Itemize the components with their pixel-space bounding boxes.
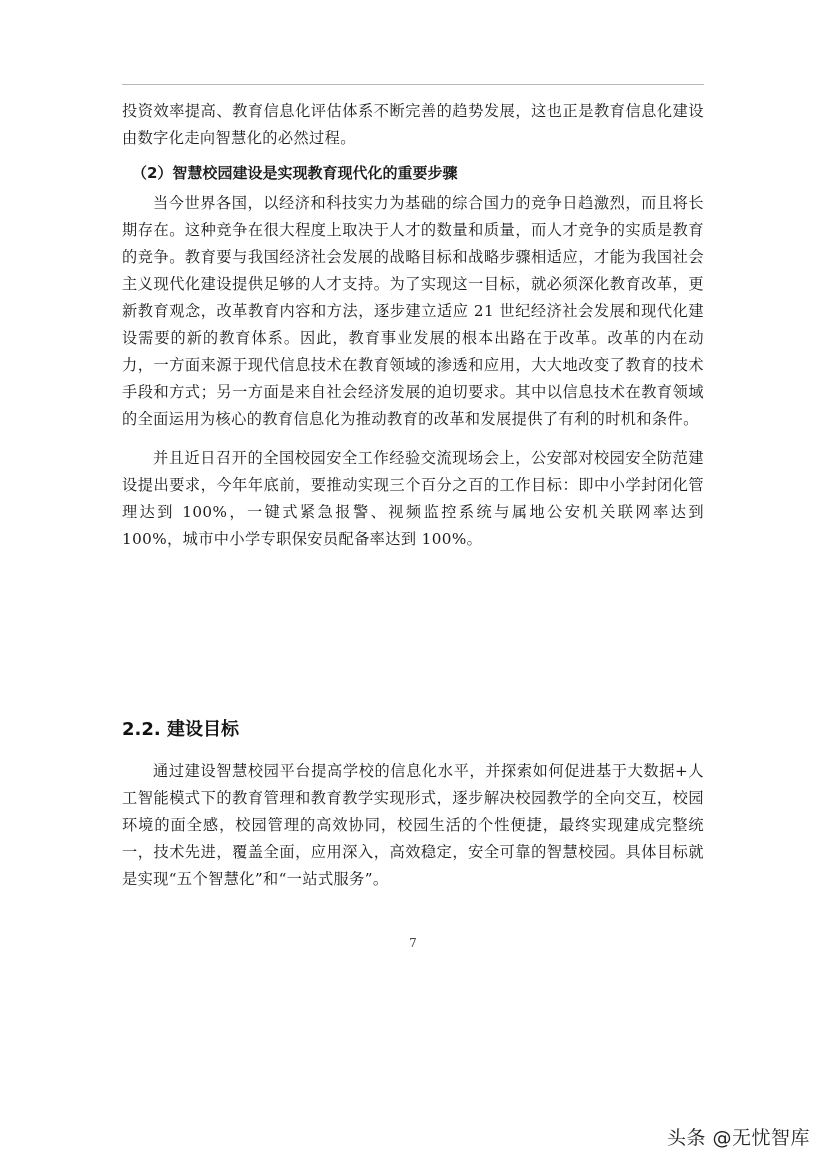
section-paragraph: 通过建设智慧校园平台提高学校的信息化水平，并探索如何促进基于大数据+人工智能模式…: [122, 758, 704, 893]
section-body: 通过建设智慧校园平台提高学校的信息化水平，并探索如何促进基于大数据+人工智能模式…: [122, 758, 704, 893]
continuation-paragraph: 投资效率提高、教育信息化评估体系不断完善的趋势发展，这也正是教育信息化建设由数字…: [122, 98, 704, 152]
body-paragraph: 当今世界各国，以经济和科技实力为基础的综合国力的竞争日趋激烈，而且将长期存在。这…: [122, 190, 704, 433]
header-rule: [122, 84, 704, 85]
body-paragraph: 并且近日召开的全国校园安全工作经验交流现场会上，公安部对校园安全防范建设提出要求…: [122, 445, 704, 553]
page-number: 7: [0, 936, 826, 950]
paragraph-gap: [122, 433, 704, 445]
watermark: 头条 @无忧智库: [667, 1123, 810, 1150]
section-heading: 2.2. 建设目标: [122, 715, 239, 741]
page-body: 投资效率提高、教育信息化评估体系不断完善的趋势发展，这也正是教育信息化建设由数字…: [122, 98, 704, 553]
subheading: （2）智慧校园建设是实现教育现代化的重要步骤: [122, 160, 704, 186]
